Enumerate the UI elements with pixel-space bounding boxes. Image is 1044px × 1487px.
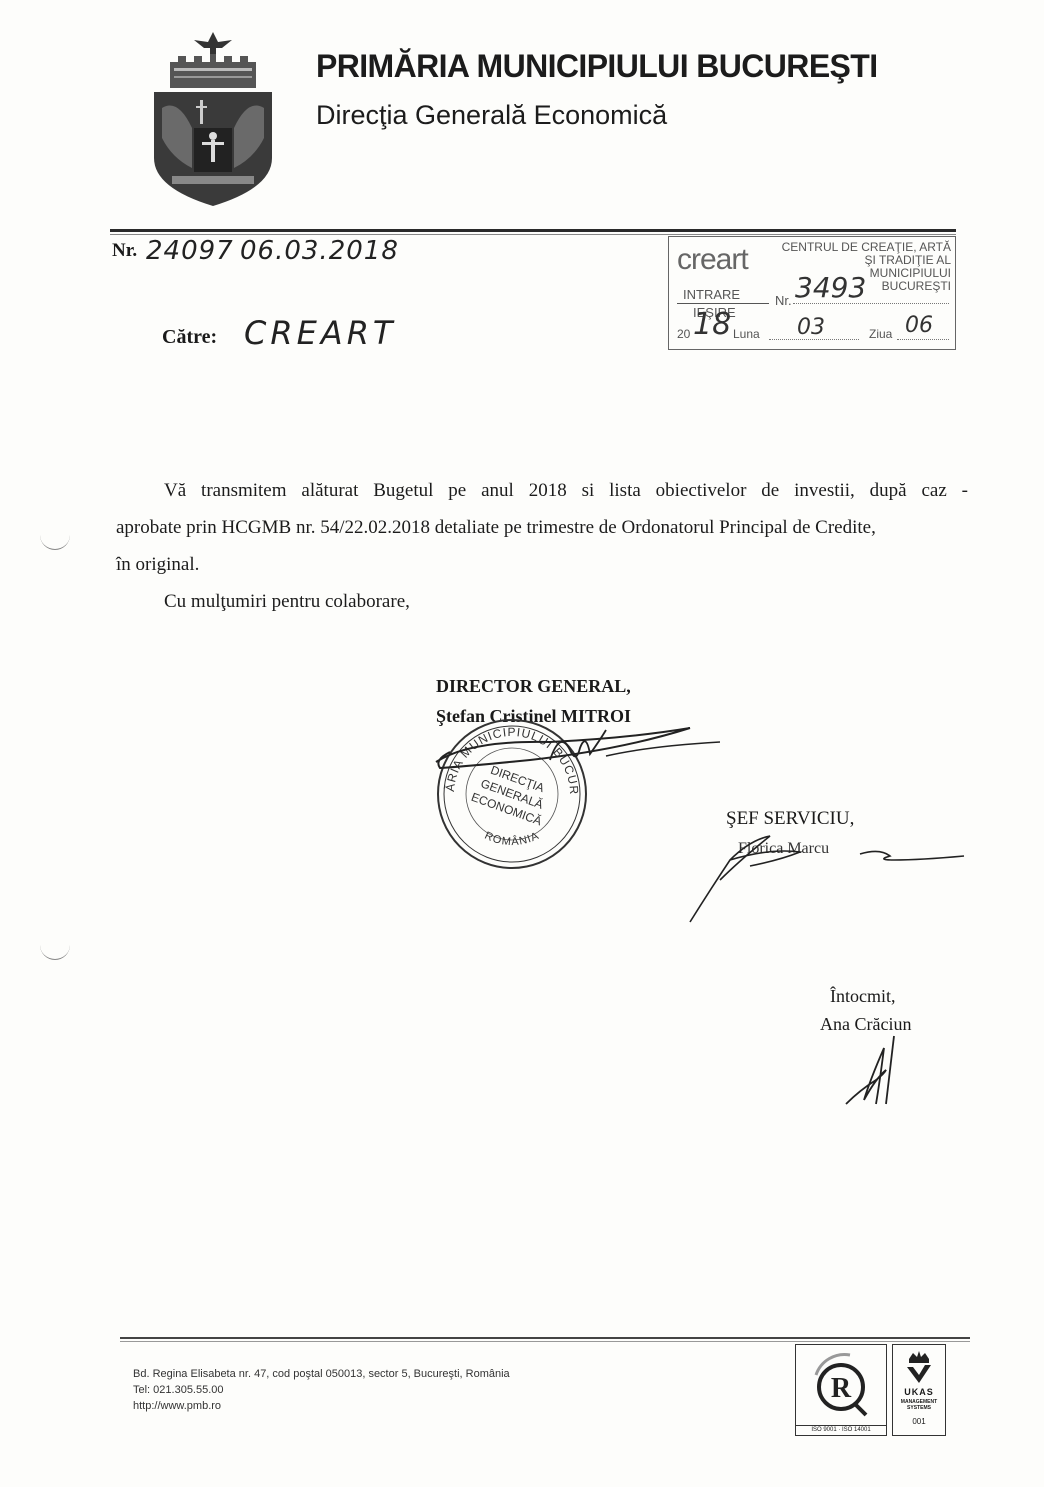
- reference-label: Nr.: [112, 240, 137, 262]
- prepared-by-signature-icon: [840, 1030, 910, 1110]
- header-divider-thin: [110, 234, 956, 235]
- body-line-3: în original.: [116, 546, 968, 583]
- footer-divider: [120, 1337, 970, 1339]
- recipient-label: Către:: [162, 326, 217, 349]
- ukas-logo: UKAS MANAGEMENT SYSTEMS 001: [892, 1344, 946, 1436]
- footer-address: Bd. Regina Elisabeta nr. 47, cod poştal …: [133, 1366, 510, 1382]
- crown-check-icon: [903, 1349, 935, 1385]
- department-name: Direcţia Generală Economică: [316, 100, 667, 131]
- svg-text:ROMÂNIA: ROMÂNIA: [483, 830, 542, 848]
- letter-body: Vă transmitem alăturat Bugetul pe anul 2…: [116, 472, 968, 620]
- stamp-month-label: Luna: [733, 327, 760, 341]
- director-title: DIRECTOR GENERAL,: [436, 676, 631, 697]
- closing-line: Cu mulţumiri pentru colaborare,: [116, 583, 968, 620]
- prepared-by-title: Întocmit,: [830, 986, 896, 1007]
- reference-date: 06.03.2018: [240, 236, 399, 266]
- registered-r-icon: R: [806, 1349, 876, 1419]
- body-line-2: aprobate prin HCGMB nr. 54/22.02.2018 de…: [116, 509, 968, 546]
- stamp-day-label: Ziua: [869, 327, 892, 341]
- header-divider: [110, 229, 956, 232]
- stamp-in-label: INTRARE: [683, 287, 740, 302]
- stamp-divider: [677, 303, 769, 304]
- footer-divider-thin: [120, 1341, 970, 1342]
- footer-phone: Tel: 021.305.55.00: [133, 1382, 510, 1398]
- stamp-day-value: 06: [905, 313, 933, 338]
- director-signature-icon: [430, 720, 720, 780]
- coat-of-arms-icon: [148, 28, 278, 208]
- body-line-1: Vă transmitem alăturat Bugetul pe anul 2…: [116, 472, 968, 509]
- stamp-year-value: 18: [693, 307, 731, 342]
- footer-contact: Bd. Regina Elisabeta nr. 47, cod poştal …: [133, 1366, 510, 1414]
- seal-bottom-text: ROMÂNIA: [483, 830, 542, 848]
- iso-label: ISO 9001 · ISO 14001: [796, 1425, 886, 1433]
- stamp-nr-value: 3493: [795, 271, 866, 304]
- punch-hole-mark: [40, 535, 70, 550]
- reference-number: 24097: [146, 236, 234, 266]
- punch-hole-mark: [40, 945, 70, 960]
- lloyds-register-logo: R ISO 9001 · ISO 14001: [795, 1344, 887, 1436]
- stamp-nr-label: Nr.: [775, 293, 792, 308]
- stamp-brand: creart: [677, 243, 748, 277]
- service-head-signature-icon: [680, 830, 970, 930]
- stamp-month-value: 03: [797, 315, 825, 340]
- recipient-value: CREART: [244, 314, 396, 352]
- stamp-year-label: 20: [677, 327, 690, 341]
- service-head-title: ŞEF SERVICIU,: [726, 808, 854, 830]
- svg-text:R: R: [831, 1373, 852, 1404]
- ukas-label: UKAS: [893, 1387, 945, 1397]
- registration-stamp: creart CENTRUL DE CREAŢIE, ARTĂ ŞI TRADI…: [668, 236, 956, 350]
- ukas-sublabel: MANAGEMENT SYSTEMS: [893, 1399, 945, 1411]
- footer-website[interactable]: http://www.pmb.ro: [133, 1398, 510, 1414]
- institution-name: PRIMĂRIA MUNICIPIULUI BUCUREŞTI: [316, 48, 878, 85]
- stamp-day-line: [897, 339, 949, 340]
- ukas-number: 001: [893, 1417, 945, 1426]
